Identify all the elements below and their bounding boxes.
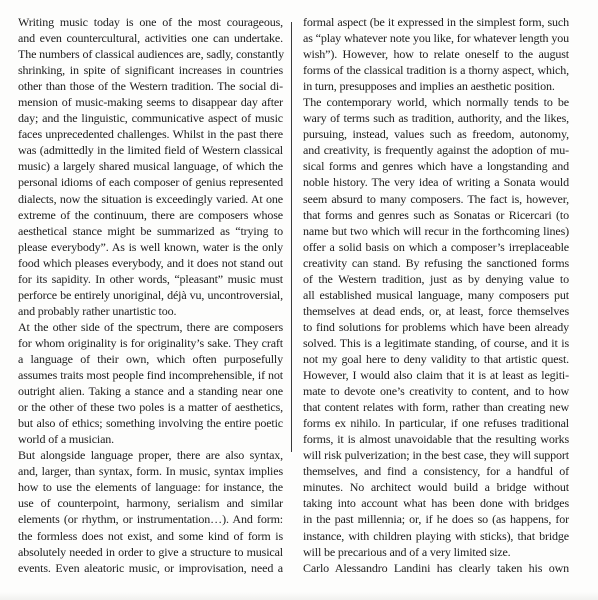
text-line: forms of the classical tradition is a th… [303,62,569,78]
text-line: wary of terms such as tradition, authori… [303,110,569,126]
text-line: dialects, now the situation is exceeding… [18,191,283,207]
text-line: but also of ethics; something involving … [18,415,283,431]
text-line: sical forms and genres which have a long… [303,158,569,174]
text-line: in turn, presupposes and implies an aest… [303,78,569,94]
text-line: outright alien. Taking a stance and a st… [18,383,283,399]
text-line: and, larger, than syntax, form. In music… [18,463,283,479]
text-line: that forms and genres such as Sonatas or… [303,207,569,223]
text-line: a language of their own, which often pur… [18,351,283,367]
text-line: mension of music-making seems to disappe… [18,94,283,110]
text-line: the formless does not exist, and some ki… [18,528,283,544]
text-line: Carlo Alessandro Landini has clearly tak… [303,560,569,576]
text-line: food which pleases everybody, and it doe… [18,255,283,271]
text-line: and even countercultural, activities one… [18,30,283,46]
text-line: At the other side of the spectrum, there… [18,319,283,335]
text-line: was (admittedly in the limited field of … [18,142,283,158]
text-line: Writing music today is one of the most c… [18,14,283,30]
text-line: music) a largely shared musical language… [18,158,283,174]
text-line: aesthetical stance might be summarized a… [18,223,283,239]
text-line: not my goal here to deny validity to tha… [303,351,569,367]
text-line: use of counterpoint, harmony, serialism … [18,495,283,511]
text-line: offer a solid basis on which a composer’… [303,239,569,255]
text-line: themselves at dead ends, or, at least, f… [303,303,569,319]
text-line: assumes traits most people find incompre… [18,367,283,383]
text-line: creativity can stand. By refusing the sa… [303,255,569,271]
text-line: of the Western tradition, just as by den… [303,271,569,287]
text-line: and creativity, is frequently against th… [303,142,569,158]
text-line: elements (or rhythm, or instrumentation…… [18,511,283,527]
text-line: mate to devote one’s creativity to conte… [303,383,569,399]
text-line: However, I would also claim that it is a… [303,367,569,383]
text-line: taking into account what has been done w… [303,495,569,511]
text-line: day; and the linguistic, communicative a… [18,110,283,126]
page-bottom-edge [0,592,598,600]
text-line: to find solutions for problems which hav… [303,319,569,335]
text-line: will risk pulverization; in the best cas… [303,447,569,463]
text-line: seem absurd to many composers. The fact … [303,191,569,207]
left-text-column: Writing music today is one of the most c… [18,14,283,576]
text-line: for its sapidity. In other words, “pleas… [18,271,283,287]
text-line: or the other of these two poles is a mat… [18,399,283,415]
text-line: The numbers of classical audiences are, … [18,46,283,62]
text-line: as “play whatever note you like, for wha… [303,30,569,46]
text-line: pursuing, instead, values such as freedo… [303,126,569,142]
text-line: please everybody”. As is well known, wat… [18,239,283,255]
text-line: in the past millennia; or, if he does so… [303,511,569,527]
right-text-column: formal aspect (be it expressed in the si… [303,14,569,576]
text-line: that content relates with form, rather t… [303,399,569,415]
text-line: noble history. The very idea of writing … [303,174,569,190]
text-line: world of a musician. [18,431,283,447]
text-line: personal idioms of each composer of geni… [18,174,283,190]
text-line: instance, with children playing with sti… [303,528,569,544]
text-line: how to use the elements of language: for… [18,479,283,495]
text-line: extreme of the continuum, there are comp… [18,207,283,223]
text-line: But alongside language proper, there are… [18,447,283,463]
text-line: all established musical language, many c… [303,287,569,303]
text-line: wish”). However, how to relate oneself t… [303,46,569,62]
text-line: solved. This is a legitimate standing, o… [303,335,569,351]
text-line: name but two which will recur in the for… [303,223,569,239]
text-line: will be precarious and of a very limited… [303,544,569,560]
text-line: events. Even aleatoric music, or improvi… [18,560,283,576]
column-divider [291,22,292,452]
text-line: shrinking, in spite of significant incre… [18,62,283,78]
text-line: themselves, and find a consistency, for … [303,463,569,479]
text-line: formal aspect (be it expressed in the si… [303,14,569,30]
text-line: absolutely needed in order to give a str… [18,544,283,560]
text-line: forms, it is almost unavoidable that the… [303,431,569,447]
text-line: for whom originality is for originality’… [18,335,283,351]
text-line: The contemporary world, which normally t… [303,94,569,110]
text-line: forms ex nihilo. In particular, if one r… [303,415,569,431]
text-line: other than those of the Western traditio… [18,78,283,94]
text-line: and probably rather unartistic too. [18,303,283,319]
text-line: minutes. No architect would build a brid… [303,479,569,495]
text-line: perforce be entirely unoriginal, déjà vu… [18,287,283,303]
text-line: faces unprecedented challenges. Whilst i… [18,126,283,142]
